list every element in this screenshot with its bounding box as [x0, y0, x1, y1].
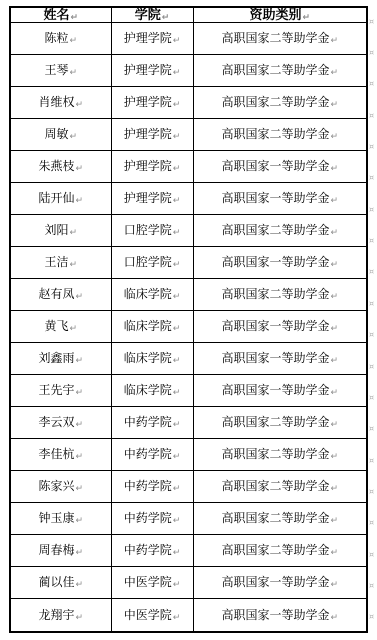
cell-college: 中医学院↵	[111, 599, 193, 632]
cell-name: 王先宇↵	[10, 375, 111, 407]
scholarship-table: 姓名↵ 学院↵ 资助类别↵ 陈粒↵ 护理学院↵ 高职国家二等助学金↵ 王琴↵ 护…	[9, 6, 368, 633]
cell-name: 李云双↵	[10, 407, 111, 439]
table-row: 陈家兴↵ 中药学院↵ 高职国家二等助学金↵	[10, 471, 367, 503]
cell-name: 王琴↵	[10, 55, 111, 87]
header-college-label: 学院	[135, 8, 161, 21]
cell-category: 高职国家二等助学金↵	[193, 279, 367, 311]
cell-category: 高职国家一等助学金↵	[193, 375, 367, 407]
paragraph-mark-icon: ↵	[75, 357, 83, 366]
row-end-mark-icon: ¤	[369, 363, 374, 371]
paragraph-mark-icon: ↵	[173, 165, 181, 174]
paragraph-mark-icon: ↵	[330, 389, 338, 398]
row-end-mark-icon: ¤	[369, 18, 374, 26]
row-end-mark-icon: ¤	[369, 143, 374, 151]
cell-category: 高职国家二等助学金↵	[193, 471, 367, 503]
table-row: 陈粒↵ 护理学院↵ 高职国家二等助学金↵	[10, 23, 367, 55]
row-end-mark-icon: ¤	[369, 80, 374, 88]
table-row: 周敏↵ 护理学院↵ 高职国家二等助学金↵	[10, 119, 367, 151]
paragraph-mark-icon: ↵	[173, 421, 181, 430]
paragraph-mark-icon: ↵	[69, 261, 77, 270]
cell-category: 高职国家一等助学金↵	[193, 599, 367, 632]
table-row: 钟玉康↵ 中药学院↵ 高职国家二等助学金↵	[10, 503, 367, 535]
header-category: 资助类别↵	[193, 7, 367, 23]
cell-college: 临床学院↵	[111, 311, 193, 343]
paragraph-mark-icon: ↵	[173, 357, 181, 366]
cell-name: 王洁↵	[10, 247, 111, 279]
paragraph-mark-icon: ↵	[69, 325, 77, 334]
paragraph-mark-icon: ↵	[173, 101, 181, 110]
table-row: 龙翔宇↵ 中医学院↵ 高职国家一等助学金↵	[10, 599, 367, 632]
table-row: 黄飞↵ 临床学院↵ 高职国家一等助学金↵	[10, 311, 367, 343]
table-row: 王先宇↵ 临床学院↵ 高职国家一等助学金↵	[10, 375, 367, 407]
paragraph-mark-icon: ↵	[173, 37, 181, 46]
cell-college: 中药学院↵	[111, 407, 193, 439]
paragraph-mark-icon: ↵	[75, 197, 83, 206]
row-end-mark-icon: ¤	[369, 394, 374, 402]
table-row: 周春梅↵ 中药学院↵ 高职国家二等助学金↵	[10, 535, 367, 567]
cell-name: 黄飞↵	[10, 311, 111, 343]
table-row: 王洁↵ 口腔学院↵ 高职国家一等助学金↵	[10, 247, 367, 279]
paragraph-mark-icon: ↵	[330, 37, 338, 46]
cell-college: 中医学院↵	[111, 567, 193, 599]
row-end-mark-icon: ¤	[369, 425, 374, 433]
paragraph-mark-icon: ↵	[330, 517, 338, 526]
paragraph-mark-icon: ↵	[75, 549, 83, 558]
cell-category: 高职国家一等助学金↵	[193, 151, 367, 183]
paragraph-mark-icon: ↵	[173, 325, 181, 334]
cell-category: 高职国家二等助学金↵	[193, 87, 367, 119]
row-end-mark-icon: ¤	[369, 582, 374, 590]
paragraph-mark-icon: ↵	[69, 37, 77, 46]
table-body: 陈粒↵ 护理学院↵ 高职国家二等助学金↵ 王琴↵ 护理学院↵ 高职国家二等助学金…	[10, 23, 367, 633]
header-category-label: 资助类别	[249, 8, 301, 21]
cell-name: 刘鑫雨↵	[10, 343, 111, 375]
paragraph-mark-icon: ↵	[330, 614, 338, 623]
paragraph-mark-icon: ↵	[330, 581, 338, 590]
paragraph-mark-icon: ↵	[75, 101, 83, 110]
cell-name: 陆开仙↵	[10, 183, 111, 215]
cell-college: 中药学院↵	[111, 535, 193, 567]
paragraph-mark-icon: ↵	[302, 14, 310, 23]
cell-category: 高职国家一等助学金↵	[193, 311, 367, 343]
row-end-mark-icon: ¤	[369, 49, 374, 57]
cell-category: 高职国家二等助学金↵	[193, 215, 367, 247]
paragraph-mark-icon: ↵	[75, 453, 83, 462]
header-name-label: 姓名	[43, 8, 69, 21]
table-row: 刘阳↵ 口腔学院↵ 高职国家二等助学金↵	[10, 215, 367, 247]
cell-category: 高职国家二等助学金↵	[193, 23, 367, 55]
paragraph-mark-icon: ↵	[330, 101, 338, 110]
cell-college: 护理学院↵	[111, 119, 193, 151]
paragraph-mark-icon: ↵	[173, 197, 181, 206]
paragraph-mark-icon: ↵	[330, 293, 338, 302]
row-end-mark-icon: ¤	[369, 206, 374, 214]
table-row: 肖维权↵ 护理学院↵ 高职国家二等助学金↵	[10, 87, 367, 119]
table-row: 刘鑫雨↵ 临床学院↵ 高职国家一等助学金↵	[10, 343, 367, 375]
cell-category: 高职国家一等助学金↵	[193, 343, 367, 375]
paragraph-mark-icon: ↵	[173, 69, 181, 78]
paragraph-mark-icon: ↵	[173, 389, 181, 398]
header-college: 学院↵	[111, 7, 193, 23]
paragraph-mark-icon: ↵	[330, 69, 338, 78]
cell-category: 高职国家一等助学金↵	[193, 247, 367, 279]
cell-college: 口腔学院↵	[111, 247, 193, 279]
paragraph-mark-icon: ↵	[173, 614, 181, 623]
row-end-mark-icon: ¤	[369, 268, 374, 276]
paragraph-mark-icon: ↵	[330, 165, 338, 174]
cell-name: 赵有凤↵	[10, 279, 111, 311]
row-end-mark-icon: ¤	[369, 331, 374, 339]
cell-name: 钟玉康↵	[10, 503, 111, 535]
paragraph-mark-icon: ↵	[330, 485, 338, 494]
paragraph-mark-icon: ↵	[173, 517, 181, 526]
document-page: 姓名↵ 学院↵ 资助类别↵ 陈粒↵ 护理学院↵ 高职国家二等助学金↵ 王琴↵ 护…	[0, 0, 377, 640]
paragraph-mark-icon: ↵	[69, 133, 77, 142]
cell-college: 中药学院↵	[111, 503, 193, 535]
row-end-mark-icon: ¤	[369, 613, 374, 621]
paragraph-mark-icon: ↵	[75, 165, 83, 174]
cell-category: 高职国家二等助学金↵	[193, 407, 367, 439]
paragraph-mark-icon: ↵	[75, 485, 83, 494]
paragraph-mark-icon: ↵	[69, 69, 77, 78]
paragraph-mark-icon: ↵	[330, 453, 338, 462]
row-end-mark-icon: ¤	[369, 551, 374, 559]
paragraph-mark-icon: ↵	[75, 517, 83, 526]
paragraph-mark-icon: ↵	[75, 293, 83, 302]
cell-college: 临床学院↵	[111, 279, 193, 311]
header-name: 姓名↵	[10, 7, 111, 23]
paragraph-mark-icon: ↵	[173, 549, 181, 558]
paragraph-mark-icon: ↵	[173, 133, 181, 142]
paragraph-mark-icon: ↵	[75, 581, 83, 590]
paragraph-mark-icon: ↵	[330, 357, 338, 366]
paragraph-mark-icon: ↵	[330, 261, 338, 270]
cell-college: 护理学院↵	[111, 183, 193, 215]
table-row: 朱燕枝↵ 护理学院↵ 高职国家一等助学金↵	[10, 151, 367, 183]
cell-college: 护理学院↵	[111, 55, 193, 87]
table-header-row: 姓名↵ 学院↵ 资助类别↵	[10, 7, 367, 23]
cell-college: 口腔学院↵	[111, 215, 193, 247]
row-end-mark-icon: ¤	[369, 174, 374, 182]
cell-category: 高职国家一等助学金↵	[193, 567, 367, 599]
row-end-mark-icon: ¤	[369, 300, 374, 308]
paragraph-mark-icon: ↵	[173, 229, 181, 238]
paragraph-mark-icon: ↵	[69, 229, 77, 238]
cell-name: 陈家兴↵	[10, 471, 111, 503]
cell-name: 龙翔宇↵	[10, 599, 111, 632]
row-end-mark-icon: ¤	[369, 519, 374, 527]
cell-category: 高职国家二等助学金↵	[193, 503, 367, 535]
cell-college: 护理学院↵	[111, 151, 193, 183]
cell-name: 刘阳↵	[10, 215, 111, 247]
cell-category: 高职国家二等助学金↵	[193, 119, 367, 151]
paragraph-mark-icon: ↵	[330, 421, 338, 430]
cell-category: 高职国家二等助学金↵	[193, 535, 367, 567]
paragraph-mark-icon: ↵	[70, 14, 78, 23]
cell-name: 肖维权↵	[10, 87, 111, 119]
paragraph-mark-icon: ↵	[330, 229, 338, 238]
cell-college: 护理学院↵	[111, 23, 193, 55]
cell-college: 临床学院↵	[111, 375, 193, 407]
row-end-mark-icon: ¤	[369, 488, 374, 496]
cell-name: 周敏↵	[10, 119, 111, 151]
cell-name: 李佳杭↵	[10, 439, 111, 471]
cell-category: 高职国家二等助学金↵	[193, 439, 367, 471]
cell-college: 临床学院↵	[111, 343, 193, 375]
cell-name: 蔺以佳↵	[10, 567, 111, 599]
table-row: 李云双↵ 中药学院↵ 高职国家二等助学金↵	[10, 407, 367, 439]
cell-name: 朱燕枝↵	[10, 151, 111, 183]
paragraph-mark-icon: ↵	[75, 421, 83, 430]
paragraph-mark-icon: ↵	[330, 133, 338, 142]
table-row: 蔺以佳↵ 中医学院↵ 高职国家一等助学金↵	[10, 567, 367, 599]
row-end-mark-icon: ¤	[369, 112, 374, 120]
cell-name: 周春梅↵	[10, 535, 111, 567]
paragraph-mark-icon: ↵	[173, 261, 181, 270]
cell-category: 高职国家二等助学金↵	[193, 55, 367, 87]
paragraph-mark-icon: ↵	[173, 581, 181, 590]
row-end-mark-icon: ¤	[369, 237, 374, 245]
paragraph-mark-icon: ↵	[75, 614, 83, 623]
cell-name: 陈粒↵	[10, 23, 111, 55]
paragraph-mark-icon: ↵	[75, 389, 83, 398]
paragraph-mark-icon: ↵	[173, 453, 181, 462]
cell-category: 高职国家一等助学金↵	[193, 183, 367, 215]
paragraph-mark-icon: ↵	[173, 485, 181, 494]
paragraph-mark-icon: ↵	[330, 549, 338, 558]
paragraph-mark-icon: ↵	[330, 325, 338, 334]
table-row: 陆开仙↵ 护理学院↵ 高职国家一等助学金↵	[10, 183, 367, 215]
table-row: 李佳杭↵ 中药学院↵ 高职国家二等助学金↵	[10, 439, 367, 471]
row-end-mark-icon: ¤	[369, 457, 374, 465]
table-row: 赵有凤↵ 临床学院↵ 高职国家二等助学金↵	[10, 279, 367, 311]
paragraph-mark-icon: ↵	[173, 293, 181, 302]
table-row: 王琴↵ 护理学院↵ 高职国家二等助学金↵	[10, 55, 367, 87]
paragraph-mark-icon: ↵	[330, 197, 338, 206]
cell-college: 中药学院↵	[111, 471, 193, 503]
paragraph-mark-icon: ↵	[162, 14, 170, 23]
cell-college: 护理学院↵	[111, 87, 193, 119]
cell-college: 中药学院↵	[111, 439, 193, 471]
